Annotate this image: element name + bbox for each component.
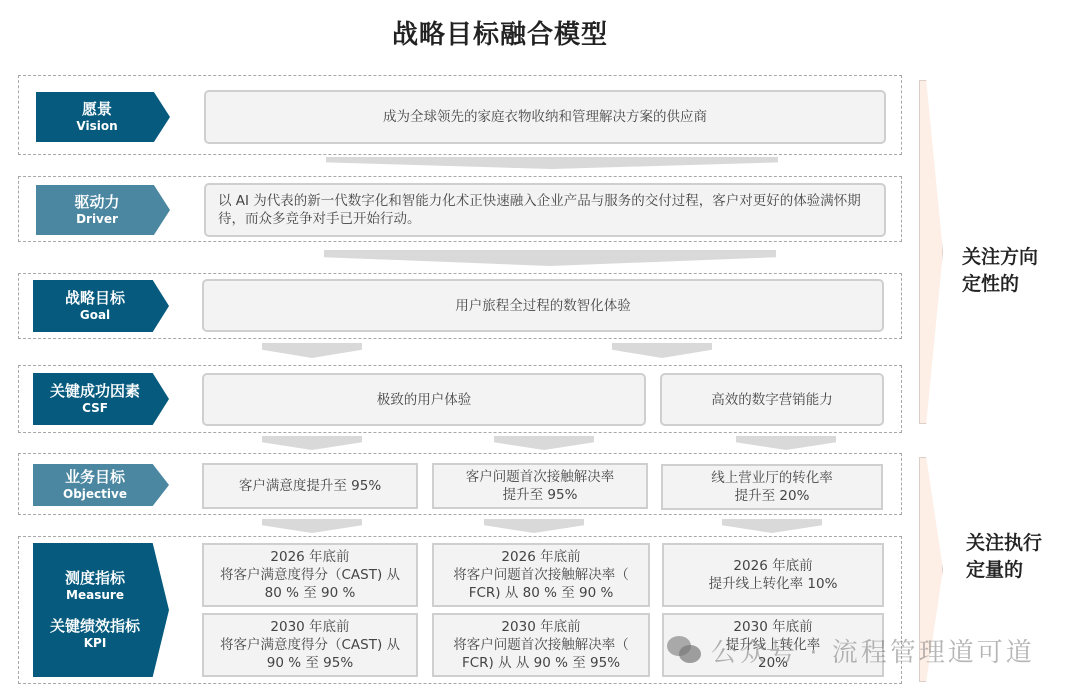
qualitative-side-text: 关注方向 定性的 (962, 244, 1038, 298)
measure-label: 测度指标 Measure 关键绩效指标 KPI (33, 543, 169, 677)
vision-content: 成为全球领先的家庭衣物收纳和管理解决方案的供应商 (204, 90, 886, 144)
goal-label-en: Goal (80, 308, 110, 323)
measure-2026-item-3: 2026 年底前 提升线上转化率 10% (662, 543, 884, 607)
kpi-label-cn: 关键绩效指标 (50, 617, 140, 636)
watermark-text: 公众号 · 流程管理道可道 (711, 632, 1035, 669)
measure-2026-item-2: 2026 年底前 将客户问题首次接触解决率（ FCR) 从 80 % 至 90 … (432, 543, 650, 607)
csf-label: 关键成功因素 CSF (33, 373, 169, 425)
objective-label: 业务目标 Objective (33, 464, 169, 506)
driver-label-en: Driver (76, 212, 118, 227)
measure-2030-item-2: 2030 年底前 将客户问题首次接触解决率（ FCR) 从 从 90 % 至 9… (432, 613, 650, 677)
connector-arrow (736, 436, 836, 450)
vision-label-cn: 愿景 (82, 100, 112, 119)
page-title: 战略目标融合模型 (0, 14, 1000, 51)
objective-label-en: Objective (63, 487, 127, 502)
connector-arrow (262, 436, 362, 450)
objective-item-1: 客户满意度提升至 95% (202, 463, 418, 509)
quantitative-line-1: 关注执行 (966, 530, 1042, 557)
kpi-label-en: KPI (84, 636, 107, 651)
csf-label-cn: 关键成功因素 (50, 382, 140, 401)
measure-label-en: Measure (66, 588, 124, 603)
csf-item-2: 高效的数字营销能力 (660, 373, 884, 426)
vision-label-en: Vision (76, 119, 117, 134)
quantitative-side-text: 关注执行 定量的 (966, 530, 1042, 584)
objective-item-3: 线上营业厅的转化率 提升至 20% (661, 464, 883, 510)
quantitative-line-2: 定量的 (966, 557, 1042, 584)
connector-arrow (326, 157, 778, 169)
connector-arrow (484, 519, 584, 533)
driver-label: 驱动力 Driver (36, 185, 170, 235)
driver-label-cn: 驱动力 (74, 193, 119, 212)
connector-arrow (722, 519, 822, 533)
connector-arrow (262, 343, 362, 358)
watermark: 公众号 · 流程管理道可道 (667, 632, 1035, 669)
qualitative-line-1: 关注方向 (962, 244, 1038, 271)
goal-label-cn: 战略目标 (65, 289, 125, 308)
csf-item-1: 极致的用户体验 (202, 373, 646, 426)
goal-label: 战略目标 Goal (33, 280, 169, 332)
qualitative-line-2: 定性的 (962, 271, 1038, 298)
connector-arrow (324, 250, 776, 266)
objective-label-cn: 业务目标 (65, 468, 125, 487)
driver-content: 以 AI 为代表的新一代数字化和智能力化术正快速融入企业产品与服务的交付过程，客… (204, 183, 886, 237)
connector-arrow (494, 436, 594, 450)
connector-arrow (612, 343, 712, 358)
goal-content: 用户旅程全过程的数智化体验 (202, 279, 884, 332)
measure-2030-item-1: 2030 年底前 将客户满意度得分（CAST) 从 90 % 至 95% (202, 613, 418, 677)
connector-arrow (262, 519, 362, 533)
objective-item-2: 客户问题首次接触解决率 提升至 95% (432, 463, 648, 509)
measure-label-cn: 测度指标 (65, 569, 125, 588)
measure-2026-item-1: 2026 年底前 将客户满意度得分（CAST) 从 80 % 至 90 % (202, 543, 418, 607)
qualitative-side-arrow (919, 80, 943, 424)
vision-label: 愿景 Vision (36, 92, 170, 142)
csf-label-en: CSF (82, 401, 108, 416)
wechat-icon (667, 636, 703, 666)
